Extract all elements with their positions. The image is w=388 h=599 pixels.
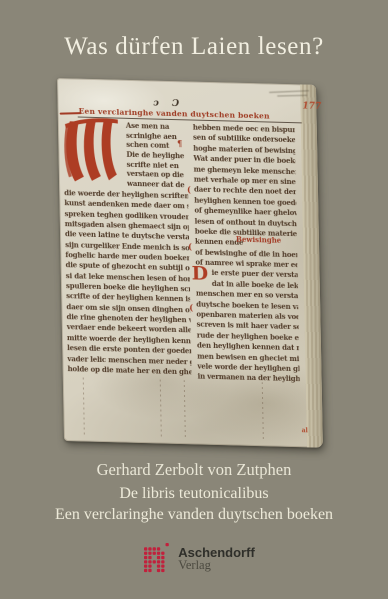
publisher-text: Aschendorff Verlag — [178, 546, 255, 572]
rubric-mark: ( — [187, 184, 191, 194]
book-title: Was dürfen Laien lesen? — [0, 33, 388, 61]
rubric-mark: ( — [189, 302, 193, 312]
ruling-line — [83, 378, 85, 435]
book-cover: Was dürfen Laien lesen? ɔ Ɔ 177 Een verc… — [0, 0, 388, 599]
manuscript-text-line: wanneer dat de — [127, 179, 188, 190]
catchword: al — [302, 427, 308, 434]
manuscript-column2: hebben mede oec en bispunesen of subtili… — [193, 123, 300, 385]
manuscript-column1-indent: Ase men nascrinighe aenschen comtDie de … — [126, 121, 188, 190]
rubric-mark: ( — [188, 241, 192, 251]
subtitle-dutch: Een verclaringhe vanden duytschen boeken — [0, 506, 388, 524]
book-fore-edge — [300, 84, 323, 447]
publisher-logo: Aschendorff Verlag — [0, 543, 388, 574]
rubric-mark: ¶ — [177, 138, 182, 148]
ruling-line — [160, 380, 162, 437]
manuscript-text-line: holde op die mate her en den gheleert — [67, 364, 191, 378]
author-name: Gerhard Zerbolt von Zutphen — [0, 460, 388, 480]
marginalia-scribble — [269, 89, 313, 99]
subtitle-latin: De libris teutonicalibus — [0, 485, 388, 503]
folio-number: 177 — [302, 101, 321, 111]
manuscript-column1: die woerde der heylighen scriften lerenk… — [64, 188, 192, 377]
rubric-word: Bewisinghe — [236, 235, 281, 245]
ruling-line — [262, 382, 264, 439]
initial-d: D — [191, 262, 208, 284]
ruling-line — [184, 380, 186, 437]
aschendorff-logo-icon — [143, 543, 171, 574]
publisher-suffix: Verlag — [178, 559, 255, 572]
manuscript-text-line: in vermanen na der heylighen — [198, 372, 300, 385]
manuscript-photo: ɔ Ɔ 177 Een verclaringhe vanden duytsche… — [57, 78, 323, 448]
initial-w-icon — [62, 115, 121, 189]
